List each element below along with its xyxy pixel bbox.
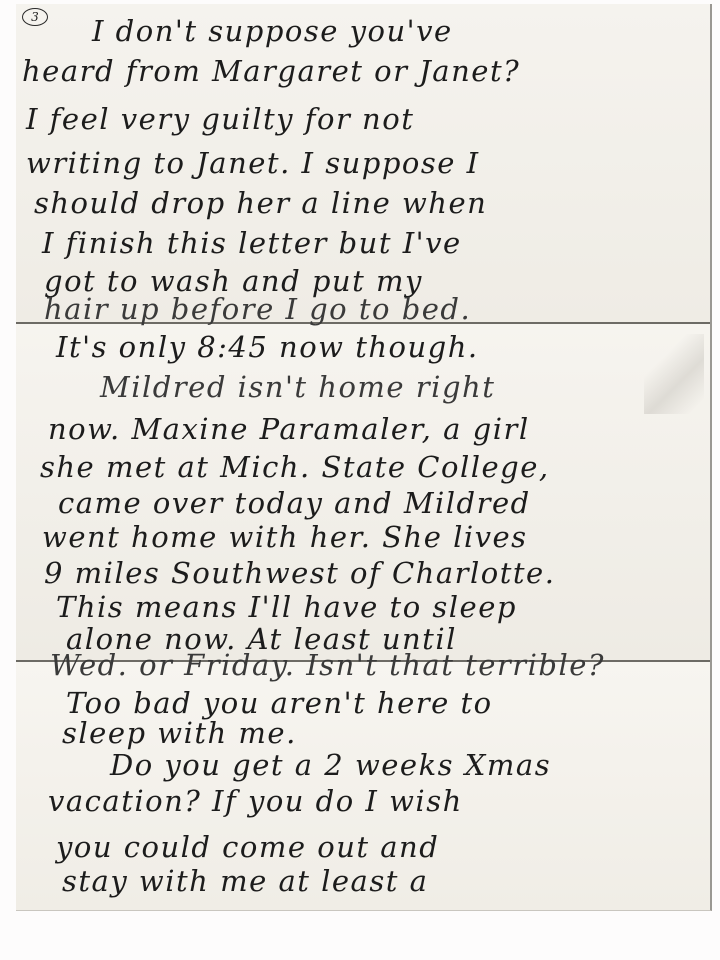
letter-line: It's only 8:45 now though. [56,330,479,364]
letter-line: you could come out and [56,830,439,864]
letter-line: writing to Janet. I suppose I [26,146,480,180]
letter-line: hair up before I go to bed. [44,292,471,326]
letter-line: came over today and Mildred [58,486,531,520]
letter-line: I don't suppose you've [92,14,453,48]
scanned-letter-page: 3 I don't suppose you've heard from Marg… [0,0,720,960]
letter-line: now. Maxine Paramaler, a girl [48,412,530,446]
letter-line: she met at Mich. State College, [40,450,550,484]
letter-line: stay with me at least a [62,864,428,898]
letter-line: 9 miles Southwest of Charlotte. [44,556,555,590]
letter-line: This means I'll have to sleep [56,590,517,624]
letter-line: should drop her a line when [34,186,487,220]
crease-shadow [644,334,704,414]
letter-line: Wed. or Friday. Isn't that terrible? [50,648,605,682]
page-number-circled: 3 [22,8,48,26]
letter-line: I feel very guilty for not [26,102,414,136]
letter-line: vacation? If you do I wish [48,784,463,818]
letter-line: Do you get a 2 weeks Xmas [110,748,551,782]
letter-line: Too bad you aren't here to [66,686,493,720]
letter-line: heard from Margaret or Janet? [22,54,520,88]
letter-line: went home with her. She lives [42,520,528,554]
letter-line: I finish this letter but I've [42,226,462,260]
letter-line: sleep with me. [62,716,297,750]
letter-line: Mildred isn't home right [100,370,495,404]
